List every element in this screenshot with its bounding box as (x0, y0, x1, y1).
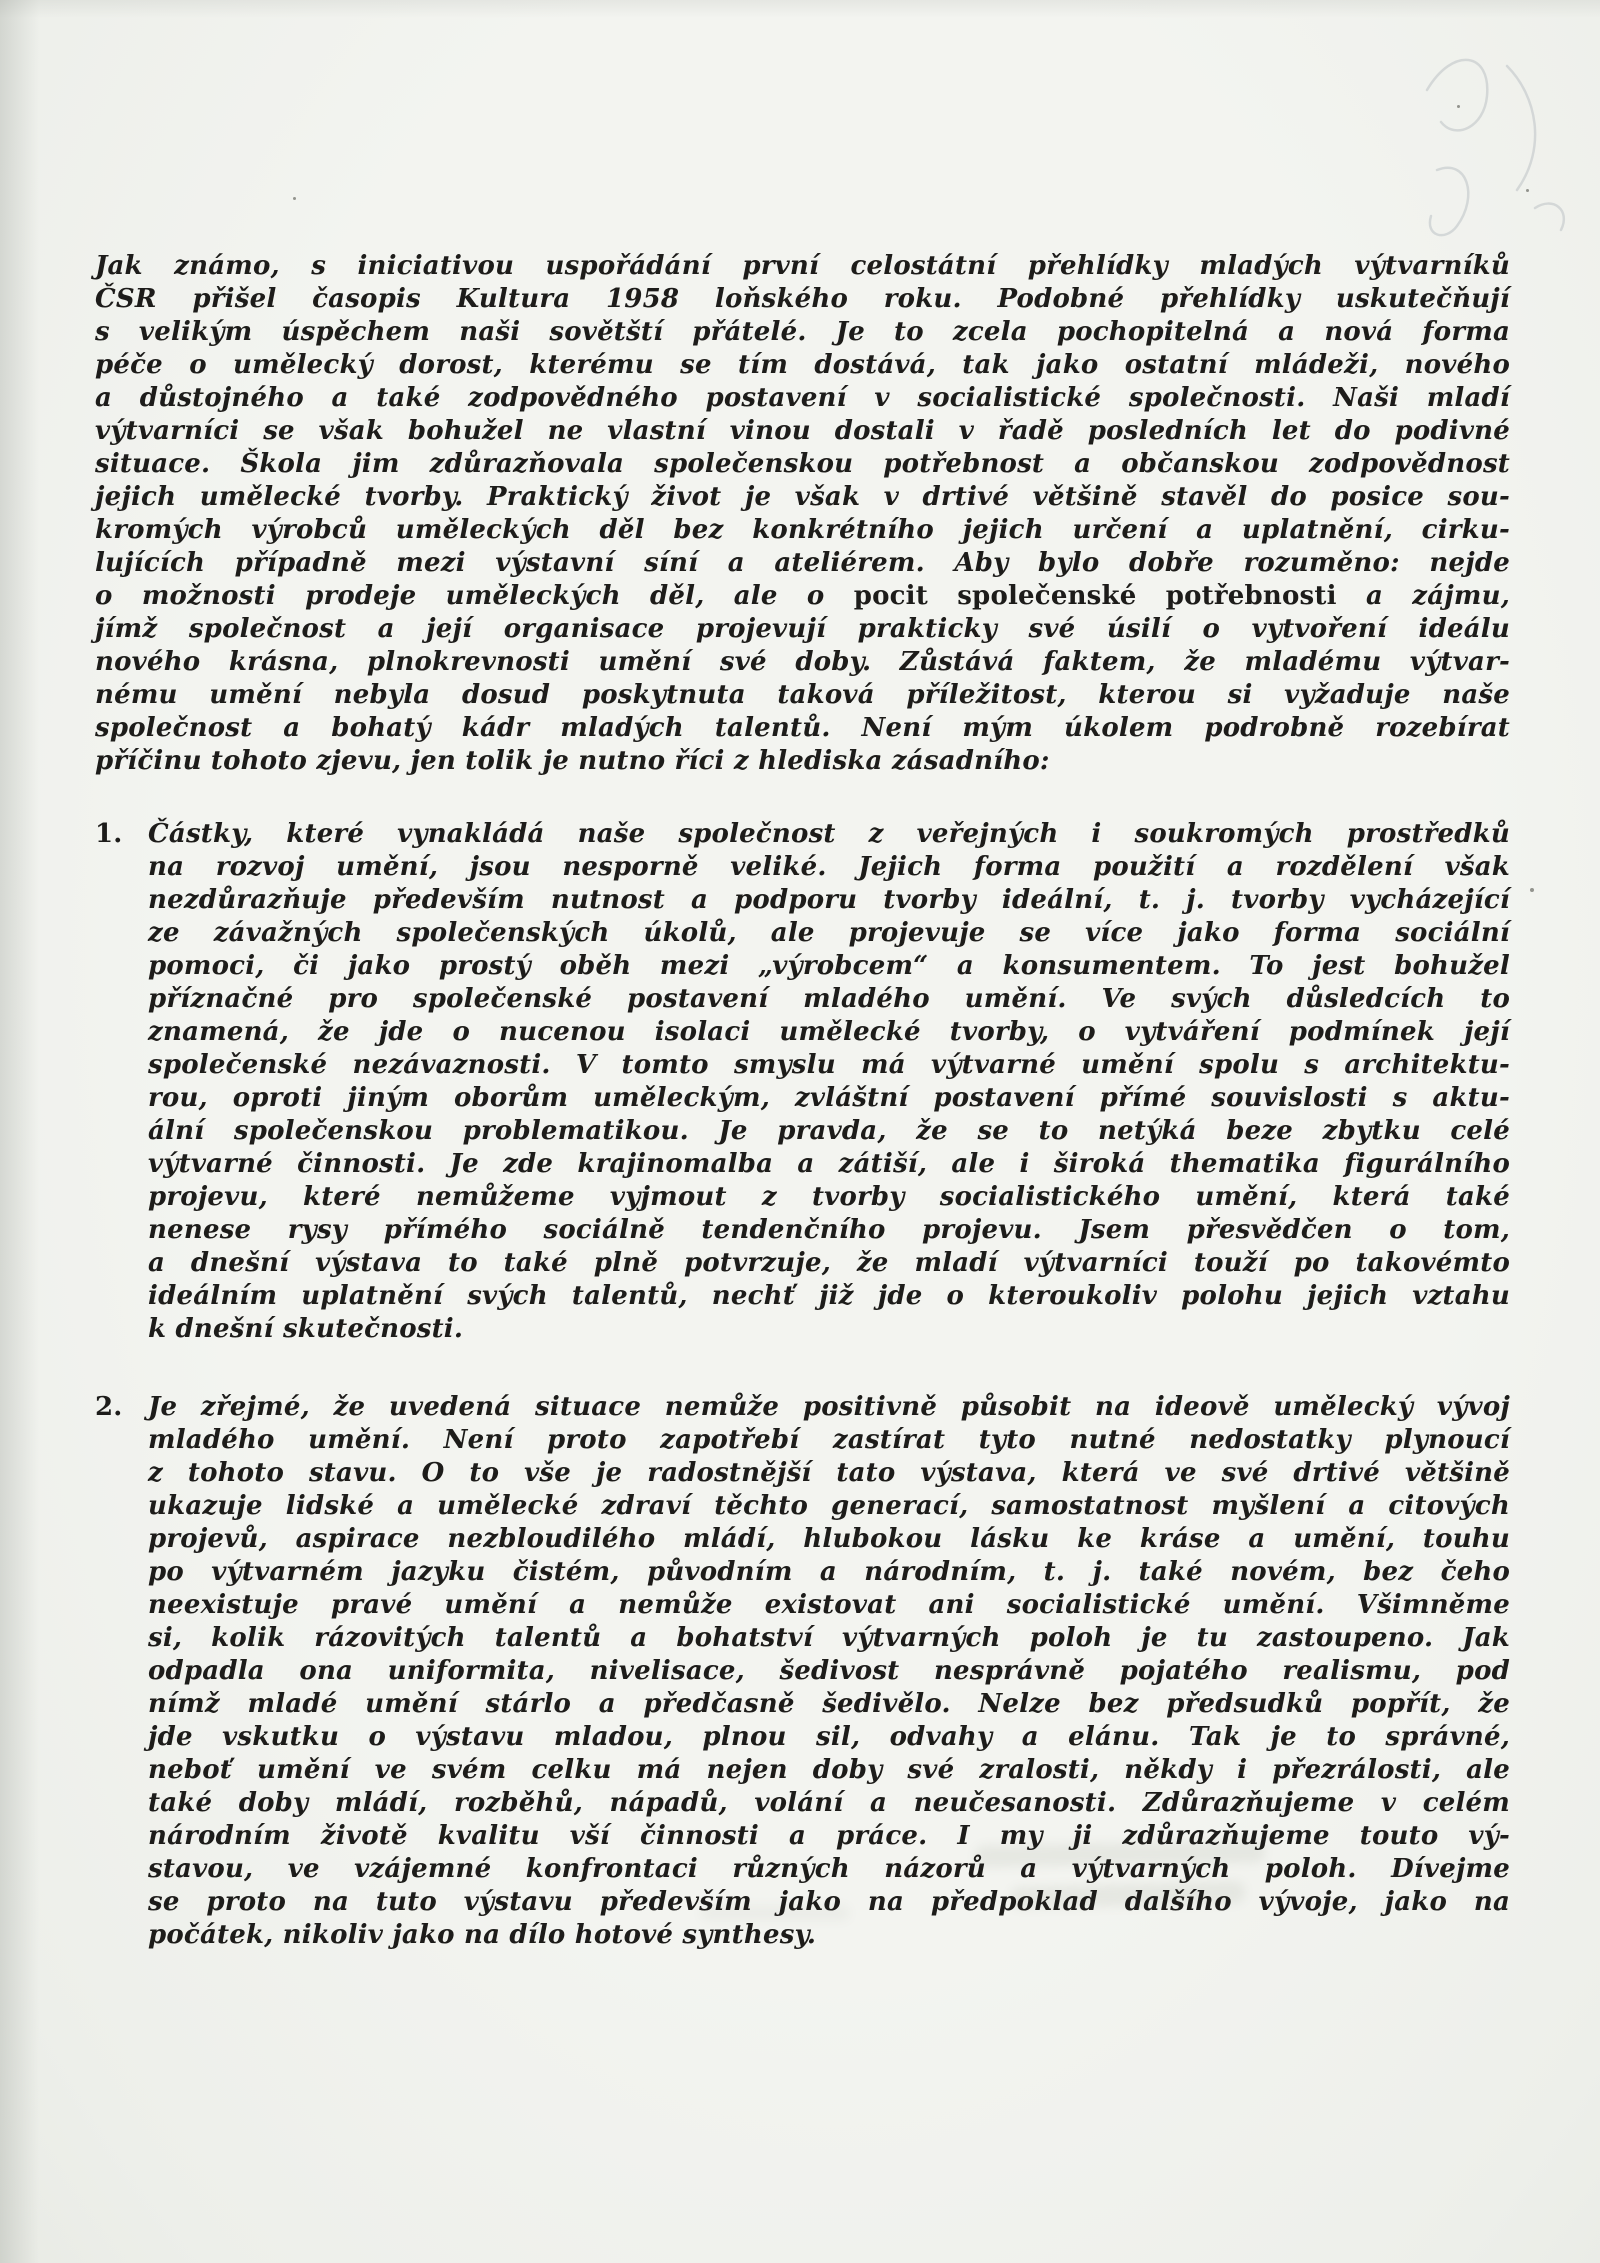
text-line: ČSR přišel časopis Kultura 1958 loňského… (95, 283, 1510, 316)
text-line: a dnešní výstava to také plně potvrzuje,… (148, 1247, 1510, 1280)
paper-speck (1457, 105, 1460, 108)
text-line: nového krásna, plnokrevnosti umění své d… (95, 646, 1510, 679)
text-line: projevů, aspirace nezbloudilého mládí, h… (148, 1523, 1510, 1556)
text-line: ze závažných společenských úkolů, ale pr… (148, 917, 1510, 950)
text-line: pomoci, či jako prostý oběh mezi „výrobc… (148, 950, 1510, 983)
intro-paragraph: Jak známo, s iniciativou uspořádání prvn… (95, 250, 1510, 778)
text-line: odpadla ona uniformita, nivelisace, šedi… (148, 1655, 1510, 1688)
text-line: nímž mladé umění stárlo a předčasně šedi… (148, 1688, 1510, 1721)
text-line: stavou, ve vzájemné konfrontaci různých … (148, 1853, 1510, 1886)
text-line: jímž společnost a její organisace projev… (95, 613, 1510, 646)
text-line: projevu, které nemůžeme vyjmout z tvorby… (148, 1181, 1510, 1214)
text-line: ální společenskou problematikou. Je prav… (148, 1115, 1510, 1148)
text-line: jejich umělecké tvorby. Praktický život … (95, 481, 1510, 514)
item-number: 1. (95, 818, 148, 1346)
italic-run: o možnosti prodeje uměleckých děl, ale o (95, 581, 854, 611)
pencil-scribble (1395, 28, 1595, 258)
text-line: k dnešní skutečnosti. (148, 1313, 1510, 1346)
typed-text-block: Jak známo, s iniciativou uspořádání prvn… (95, 250, 1510, 1952)
roman-emphasis-run: pocit společenské potřebnosti (854, 581, 1337, 611)
text-line: ukazuje lidské a umělecké zdraví těchto … (148, 1490, 1510, 1523)
text-line: jde vskutku o výstavu mladou, plnou sil,… (148, 1721, 1510, 1754)
text-line: se proto na tuto výstavu především jako … (148, 1886, 1510, 1919)
text-line: příznačné pro společenské postavení mlad… (148, 983, 1510, 1016)
numbered-item-2: 2. Je zřejmé, že uvedená situace nemůže … (95, 1391, 1510, 1952)
scanned-page: Jak známo, s iniciativou uspořádání prvn… (0, 0, 1600, 2263)
text-line: mladého umění. Není proto zapotřebí zast… (148, 1424, 1510, 1457)
text-line: s velikým úspěchem naši sovětští přátelé… (95, 316, 1510, 349)
text-line: po výtvarném jazyku čistém, původním a n… (148, 1556, 1510, 1589)
text-line: si, kolik rázovitých talentů a bohatství… (148, 1622, 1510, 1655)
text-line: Je zřejmé, že uvedená situace nemůže pos… (148, 1391, 1510, 1424)
text-line: znamená, že jde o nucenou isolaci umělec… (148, 1016, 1510, 1049)
text-line: z tohoto stavu. O to vše je radostnější … (148, 1457, 1510, 1490)
text-line: a důstojného a také zodpovědného postave… (95, 382, 1510, 415)
paper-speck (1530, 888, 1534, 892)
scan-edge-shadow-left (0, 0, 46, 2263)
text-line: společnost a bohatý kádr mladých talentů… (95, 712, 1510, 745)
text-line: národním životě kvalitu vší činnosti a p… (148, 1820, 1510, 1853)
text-line: příčinu tohoto zjevu, jen tolik je nutno… (95, 745, 1510, 778)
text-line: Částky, které vynakládá naše společnost … (148, 818, 1510, 851)
paper-speck (1526, 189, 1529, 192)
scan-edge-shadow-top (0, 0, 1600, 18)
text-line: nenese rysy přímého sociálně tendenčního… (148, 1214, 1510, 1247)
italic-run: a zájmu, (1337, 581, 1510, 611)
numbered-item-1: 1. Částky, které vynakládá naše společno… (95, 818, 1510, 1346)
text-line: péče o umělecký dorost, kterému se tím d… (95, 349, 1510, 382)
paper-speck (293, 197, 296, 200)
text-line: na rozvoj umění, jsou nesporně veliké. J… (148, 851, 1510, 884)
item-number: 2. (95, 1391, 148, 1952)
text-line: neexistuje pravé umění a nemůže existova… (148, 1589, 1510, 1622)
text-line: nému umění nebyla dosud poskytnuta takov… (95, 679, 1510, 712)
text-line: neboť umění ve svém celku má nejen doby … (148, 1754, 1510, 1787)
text-line: nezdůrazňuje především nutnost a podporu… (148, 884, 1510, 917)
text-line: o možnosti prodeje uměleckých děl, ale o… (95, 580, 1510, 613)
text-line: kromých výrobců uměleckých děl bez konkr… (95, 514, 1510, 547)
item-body: Částky, které vynakládá naše společnost … (148, 818, 1510, 1346)
text-line: počátek, nikoliv jako na dílo hotové syn… (148, 1919, 1510, 1952)
text-line: výtvarné činnosti. Je zde krajinomalba a… (148, 1148, 1510, 1181)
text-line: lujících případně mezi výstavní síní a a… (95, 547, 1510, 580)
text-line: rou, oproti jiným oborům uměleckým, zvlá… (148, 1082, 1510, 1115)
text-line: Jak známo, s iniciativou uspořádání prvn… (95, 250, 1510, 283)
text-line: výtvarníci se však bohužel ne vlastní vi… (95, 415, 1510, 448)
item-body: Je zřejmé, že uvedená situace nemůže pos… (148, 1391, 1510, 1952)
text-line: situace. Škola jim zdůrazňovala společen… (95, 448, 1510, 481)
text-line: ideálním uplatnění svých talentů, nechť … (148, 1280, 1510, 1313)
text-line: společenské nezávaznosti. V tomto smyslu… (148, 1049, 1510, 1082)
text-line: také doby mládí, rozběhů, nápadů, volání… (148, 1787, 1510, 1820)
